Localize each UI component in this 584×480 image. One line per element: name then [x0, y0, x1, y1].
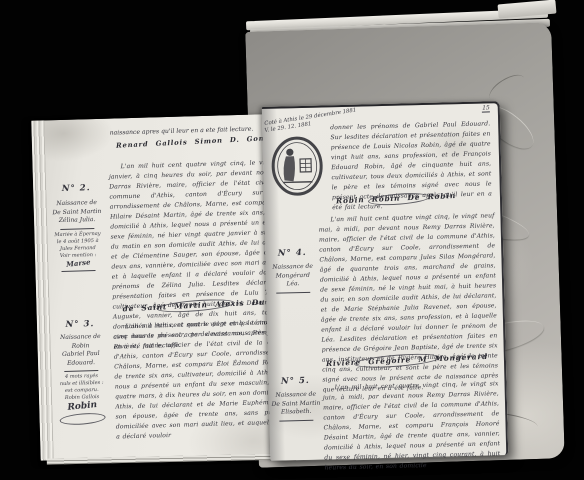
act5-title-line: Elisabeth.	[271, 408, 321, 418]
margin-rule	[60, 228, 94, 230]
act4-body: L'an mil huit cent quatre vingt cinq, le…	[318, 211, 498, 395]
act2-margin: N° 2. Naissance de De Saint Martin Zélin…	[47, 183, 108, 275]
folio-mark: 15	[482, 104, 490, 112]
act3-margin: N° 3. Naissance de Robin Gabriel Paul Ed…	[51, 319, 112, 428]
margin-rule	[279, 420, 313, 422]
act4-number: N° 4.	[267, 248, 317, 259]
scanned-register-page: naissance apres qu'il leur en a ete fait…	[0, 0, 584, 480]
act5-margin: N° 5. Naissance de De Saint Martin Elisa…	[270, 376, 321, 424]
revenue-stamp-icon	[270, 135, 324, 200]
act3-title-line: Naissance de	[51, 333, 109, 343]
act4-title-line: Naissance de	[268, 263, 318, 273]
act2-number: N° 2.	[47, 183, 105, 195]
act5-number: N° 5.	[270, 376, 320, 387]
act2-title-line: Zélina Julia.	[48, 216, 106, 226]
margin-rule	[276, 292, 310, 294]
act5-body: L'an mil huit cent quatre vingt cinq, le…	[322, 379, 500, 473]
page-fore-edge	[31, 120, 53, 460]
act3-number: N° 3.	[51, 319, 109, 331]
right-page: 15 Coté à Athis le 29 décembre 1881 V. l…	[262, 101, 509, 461]
margin-rule	[62, 270, 96, 272]
act4-margin: N° 4. Naissance de Mongérard Léa.	[267, 248, 318, 296]
act3-title-line: Edouard.	[52, 358, 110, 368]
margin-rule	[64, 370, 98, 372]
act4-title-line: Léa.	[268, 280, 318, 290]
signature-flourish	[59, 412, 106, 427]
